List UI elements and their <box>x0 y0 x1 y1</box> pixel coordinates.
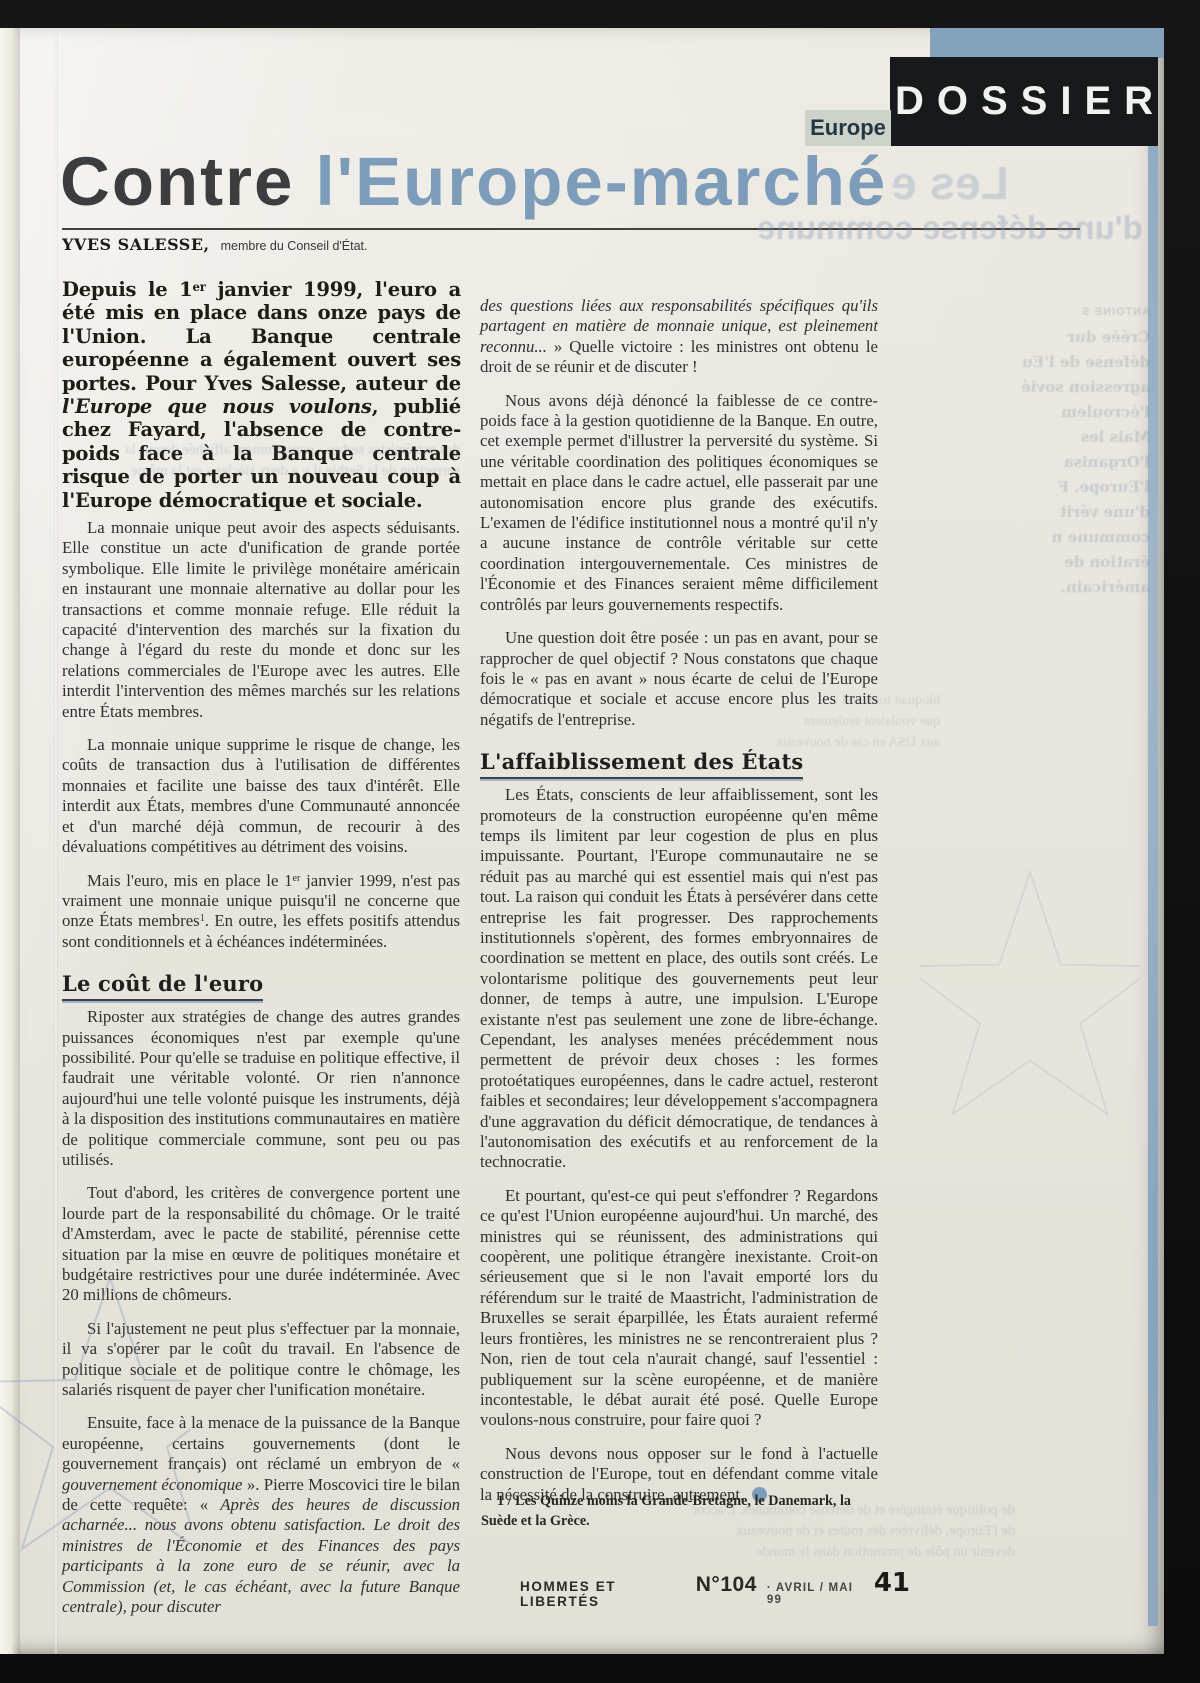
header-accent-bar <box>930 28 1164 58</box>
title-part-dark: Contre <box>60 143 316 220</box>
paragraph: Tout d'abord, les critères de convergenc… <box>62 1183 460 1305</box>
footnote: 1 / Les Quinze moins la Grande-Bretagne,… <box>481 1492 873 1531</box>
bleedthrough-line: agression sovié <box>935 375 1150 400</box>
column-1: La monnaie unique peut avoir des aspects… <box>62 518 460 1631</box>
magazine-page: Les e d'une défense commune ANTOINE SCré… <box>0 28 1164 1654</box>
bleedthrough-line: Créée dur <box>935 325 1150 350</box>
issue-date: · AVRIL / MAI 99 <box>767 1582 864 1606</box>
bleedthrough-star-drawing-right <box>920 848 1140 1178</box>
page-number: 41 <box>874 1568 910 1598</box>
paragraph: Une question doit être posée : un pas en… <box>480 628 878 730</box>
paragraph: Si l'ajustement ne peut plus s'effectuer… <box>62 1319 460 1401</box>
page-footer: HOMMES ET LIBERTÉS N°104 · AVRIL / MAI 9… <box>520 1568 910 1609</box>
bleedthrough-line: Mais les <box>935 425 1150 450</box>
section-tag-europe: Europe <box>805 110 891 146</box>
section-heading: L'affaiblissement des États <box>480 750 878 774</box>
paragraph: Mais l'euro, mis en place le 1er janvier… <box>62 871 460 953</box>
dossier-label: DOSSIER <box>882 79 1164 124</box>
page-edge-blue-strip <box>1148 56 1158 1626</box>
paragraph: Et pourtant, qu'est-ce qui peut s'effond… <box>480 1186 878 1431</box>
bleedthrough-line: l'Europe. F <box>935 475 1150 500</box>
bleedthrough-line: américain. <box>935 575 1150 600</box>
dossier-banner: DOSSIER <box>890 57 1158 146</box>
bleedthrough-line: commune n <box>935 525 1150 550</box>
magazine-name: HOMMES ET LIBERTÉS <box>520 1579 686 1609</box>
byline: YVES SALESSE, membre du Conseil d'État. <box>62 235 368 255</box>
section-tag-label: Europe <box>810 115 886 141</box>
scanned-page-background: Les e d'une défense commune ANTOINE SCré… <box>0 0 1200 1683</box>
author-name: YVES SALESSE, <box>62 235 210 254</box>
paragraph: Les États, conscients de leur affaibliss… <box>480 785 878 1173</box>
title-part-blue: l'Europe-marché <box>316 143 888 220</box>
bleedthrough-line: ANTOINE S <box>935 300 1150 325</box>
paragraph: des questions liées aux responsabilités … <box>480 296 878 378</box>
paragraph: Ensuite, face à la menace de la puissanc… <box>62 1413 460 1617</box>
column-2: des questions liées aux responsabilités … <box>480 296 878 1518</box>
bleedthrough-margin-column: ANTOINE SCréée durdéfense de l'Euagressi… <box>935 300 1150 600</box>
bleedthrough-line: d'une vérit <box>935 500 1150 525</box>
paragraph: Riposter aux stratégies de change des au… <box>62 1007 460 1170</box>
title-underline <box>62 228 1080 230</box>
page-under-edge <box>0 28 20 1654</box>
footnote-text: 1 / Les Quinze moins la Grande-Bretagne,… <box>481 1493 851 1529</box>
paragraph: La monnaie unique supprime le risque de … <box>62 735 460 857</box>
author-role: membre du Conseil d'État. <box>221 239 368 253</box>
intro-paragraph: Depuis le 1er janvier 1999, l'euro a été… <box>62 278 461 512</box>
section-heading: Le coût de l'euro <box>62 972 460 996</box>
paragraph: Nous avons déjà dénoncé la faiblesse de … <box>480 391 878 615</box>
bleedthrough-line: l'écroulem <box>935 400 1150 425</box>
bleedthrough-line: l'Organisa <box>935 450 1150 475</box>
bleedthrough-line: devenir un pôle de promotion dans le mon… <box>545 1542 1015 1563</box>
bleedthrough-line: défense de l'Eu <box>935 350 1150 375</box>
article-title: Contre l'Europe-marché <box>60 146 887 218</box>
paragraph: La monnaie unique peut avoir des aspects… <box>62 518 460 722</box>
page-crease <box>54 28 58 1654</box>
issue-number: N°104 <box>696 1573 757 1597</box>
bleedthrough-line: ération de <box>935 550 1150 575</box>
